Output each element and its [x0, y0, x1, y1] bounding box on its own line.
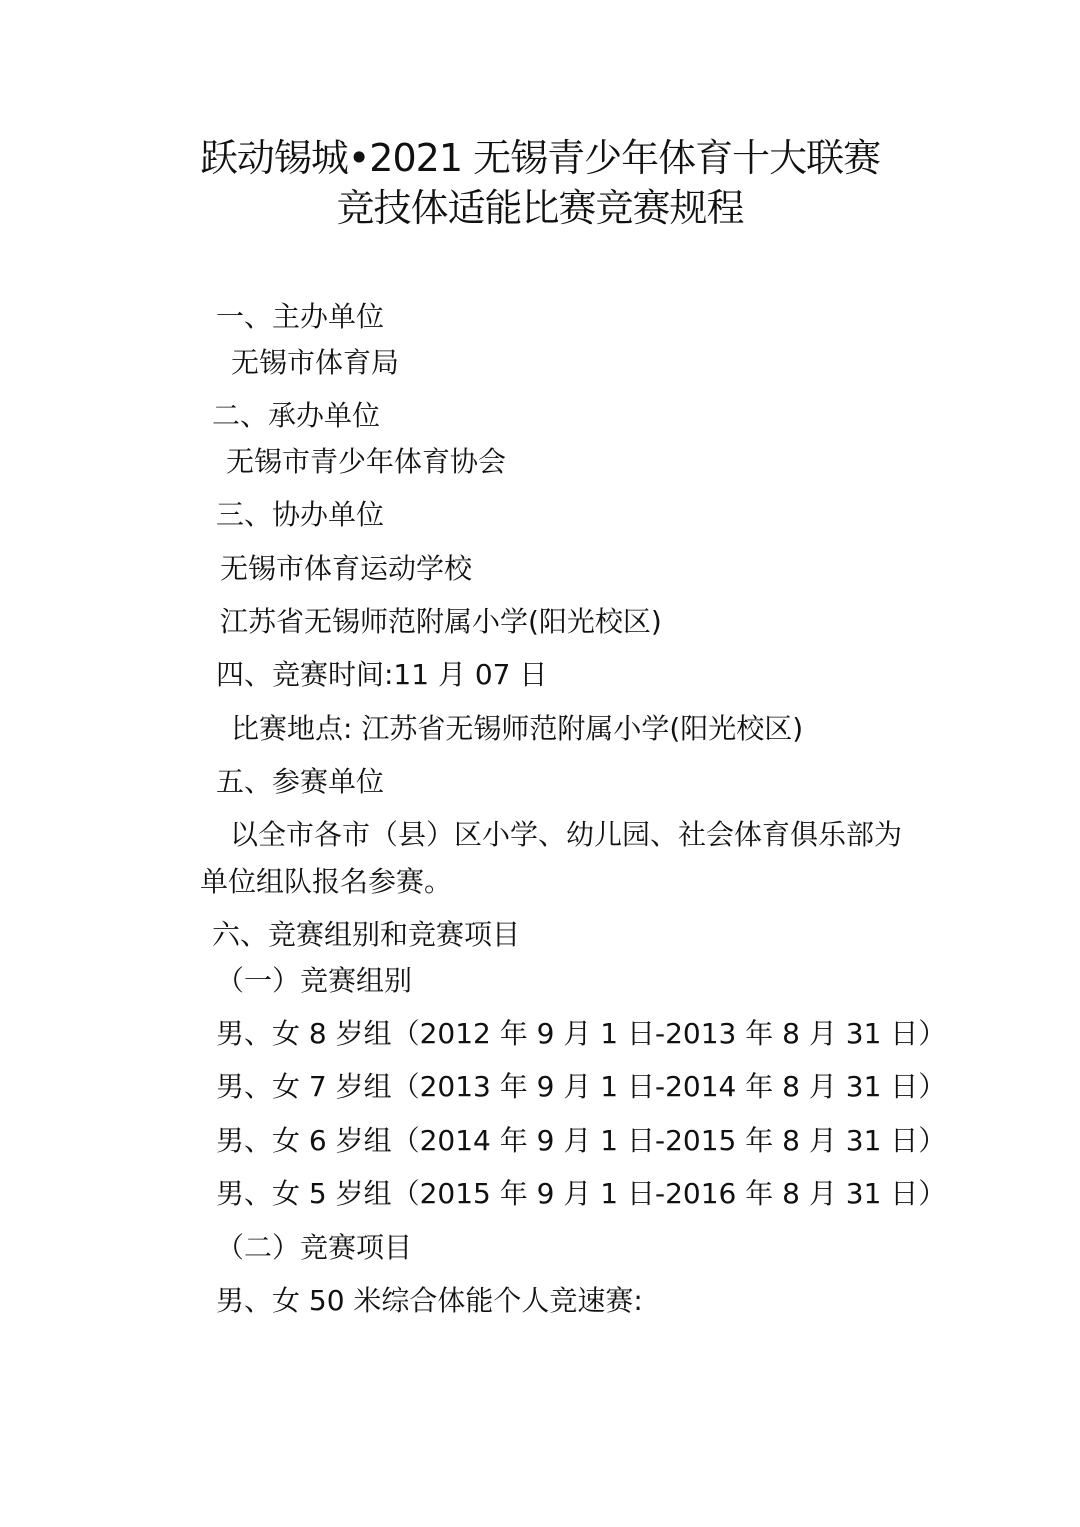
event-item: 男、女 50 米综合体能个人竞速赛: [216, 1281, 643, 1321]
section-1-heading: 一、主办单位 [216, 297, 384, 337]
section-2-heading: 二、承办单位 [212, 396, 380, 436]
section-6-heading: 六、竞赛组别和竞赛项目 [212, 915, 520, 955]
group-row: 男、女 8 岁组（2012 年 9 月 1 日-2013 年 8 月 31 日） [216, 1014, 946, 1054]
section-4-heading: 四、竞赛时间:11 月 07 日 [216, 655, 547, 695]
section-1-body: 无锡市体育局 [231, 343, 399, 383]
section-5-body-line1: 以全市各市（县）区小学、幼儿园、社会体育俱乐部为 [230, 815, 902, 855]
section-3-body-1: 无锡市体育运动学校 [220, 549, 472, 589]
section-6-subheading-groups: （一）竞赛组别 [216, 961, 412, 1001]
group-row: 男、女 7 岁组（2013 年 9 月 1 日-2014 年 8 月 31 日） [216, 1067, 946, 1107]
section-3-body-2: 江苏省无锡师范附属小学(阳光校区) [220, 602, 662, 642]
section-4-venue: 比赛地点: 江苏省无锡师范附属小学(阳光校区) [231, 709, 803, 749]
section-5-heading: 五、参赛单位 [216, 762, 384, 802]
section-2-body: 无锡市青少年体育协会 [226, 442, 506, 482]
section-5-body-line2: 单位组队报名参赛。 [200, 862, 452, 902]
section-6-subheading-events: （二）竞赛项目 [216, 1228, 412, 1268]
group-row: 男、女 5 岁组（2015 年 9 月 1 日-2016 年 8 月 31 日） [216, 1174, 946, 1214]
document-title-line1: 跃动锡城•2021 无锡青少年体育十大联赛 [0, 134, 1080, 182]
group-row: 男、女 6 岁组（2014 年 9 月 1 日-2015 年 8 月 31 日） [216, 1121, 946, 1161]
document-title-line2: 竞技体适能比赛竞赛规程 [0, 184, 1080, 232]
section-3-heading: 三、协办单位 [216, 495, 384, 535]
document-page: 跃动锡城•2021 无锡青少年体育十大联赛 竞技体适能比赛竞赛规程 一、主办单位… [0, 0, 1080, 1527]
